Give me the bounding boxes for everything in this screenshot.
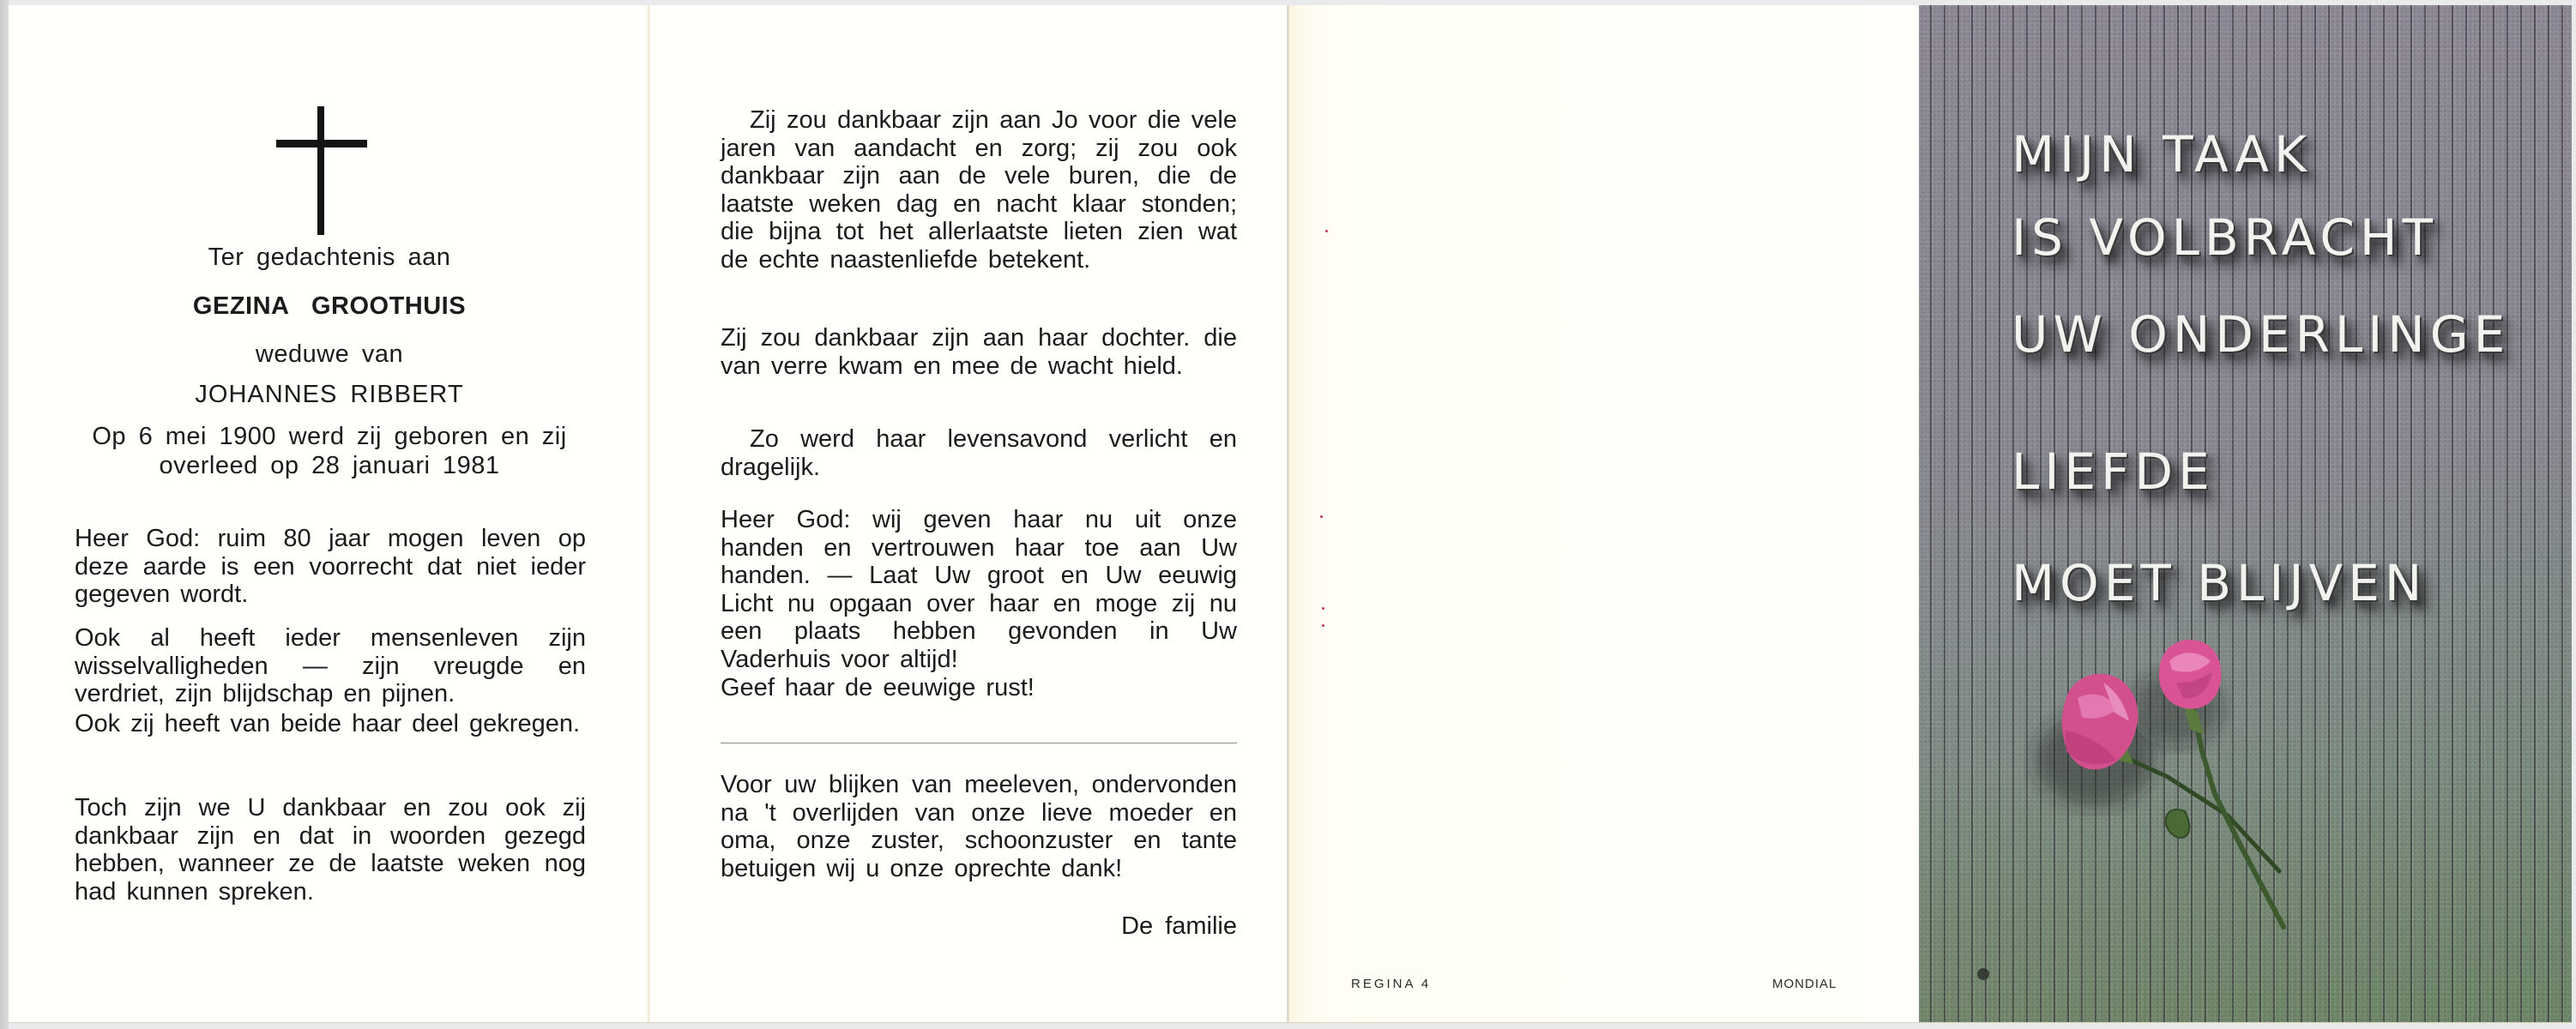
paragraph: Toch zijn we U dankbaar en zou ook zij d… <box>75 794 586 906</box>
print-speck <box>1322 624 1324 627</box>
print-speck <box>1325 230 1328 232</box>
paragraph: Zij zou dankbaar zijn aan Jo voor die ve… <box>721 106 1237 274</box>
publisher-label: REGINA 4 <box>1351 977 1431 991</box>
paragraph: Ook al heeft ieder mensenleven zijn wiss… <box>75 624 586 708</box>
relation-text: weduwe van <box>9 340 650 369</box>
paragraph: Zo werd haar levensavond verlicht en dra… <box>721 425 1237 481</box>
print-speck <box>1320 515 1323 518</box>
paragraph: Heer God: wij geven haar nu uit onze han… <box>721 506 1237 673</box>
paragraph: Zij zou dankbaar zijn aan haar dochter. … <box>721 324 1237 380</box>
back-panel: REGINA 4 MONDIAL <box>1289 5 1919 1022</box>
intro-text: Ter gedachtenis aan <box>9 244 650 272</box>
deceased-name: GEZINA GROOTHUIS <box>9 292 650 321</box>
rose-stem <box>2193 708 2283 927</box>
paragraph: Heer God: ruim 80 jaar mogen leven op de… <box>75 525 586 609</box>
signature: De familie <box>721 912 1237 941</box>
life-dates-text: Op 6 mei 1900 werd zij geboren en zij ov… <box>92 423 566 479</box>
publisher-brand: MONDIAL <box>1772 977 1837 991</box>
separator-line <box>721 743 1237 743</box>
scan-background-edge <box>0 0 9 1029</box>
paragraph: Geef haar de eeuwige rust! <box>721 674 1237 702</box>
inner-panel: Zij zou dankbaar zijn aan Jo voor die ve… <box>650 5 1289 1022</box>
rose-right <box>2159 640 2222 709</box>
front-panel: Ter gedachtenis aan GEZINA GROOTHUIS wed… <box>9 5 650 1022</box>
spouse-name: JOHANNES RIBBERT <box>9 381 650 409</box>
thanks-paragraph: Voor uw blijken van meeleven, ondervonde… <box>721 771 1237 882</box>
cross-icon <box>276 106 367 235</box>
memorial-card: Ter gedachtenis aan GEZINA GROOTHUIS wed… <box>9 5 2572 1022</box>
life-dates: Op 6 mei 1900 werd zij geboren en zij ov… <box>9 422 650 480</box>
paragraph: Ook zij heeft van beide haar deel gekreg… <box>75 710 586 738</box>
print-speck <box>1322 607 1324 610</box>
cover-photo: MIJN TAAK IS VOLBRACHT UW ONDERLINGE LIE… <box>1919 5 2572 1022</box>
roses-image <box>1919 5 2572 1022</box>
